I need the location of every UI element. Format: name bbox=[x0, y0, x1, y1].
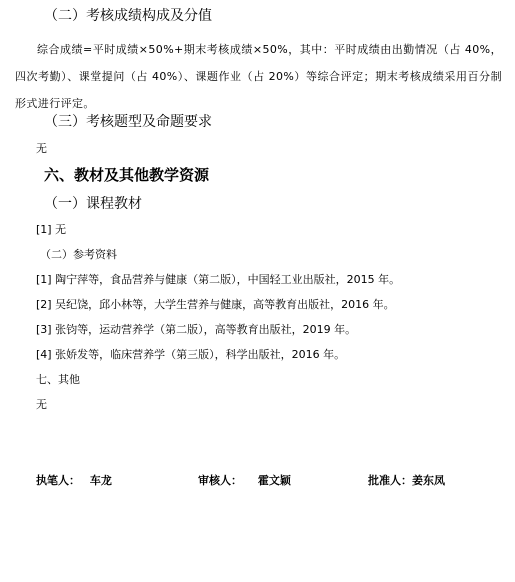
approver-label: 批准人： bbox=[368, 474, 412, 487]
reviewer-signature: 审核人： 霍文颖 bbox=[198, 472, 291, 488]
reviewer-label: 审核人： bbox=[198, 474, 242, 487]
approver-name: 姜东凤 bbox=[412, 474, 445, 487]
approver-signature: 批准人：姜东凤 bbox=[368, 472, 445, 488]
reference-item: [1] 陶宁萍等，食品营养与健康（第二版），中国轻工业出版社，2015 年。 bbox=[36, 274, 400, 285]
assessment-heading: （二）考核成绩构成及分值 bbox=[44, 9, 212, 23]
question-types-heading: （三）考核题型及命题要求 bbox=[44, 115, 212, 129]
writer-signature: 执笔人： 车龙 bbox=[36, 472, 112, 488]
references-heading: （二）参考资料 bbox=[40, 249, 117, 260]
reference-item: [4] 张娇发等，临床营养学（第三版），科学出版社，2016 年。 bbox=[36, 349, 345, 360]
textbook-item: [1] 无 bbox=[36, 224, 66, 235]
writer-name: 车龙 bbox=[90, 474, 112, 487]
reference-item: [2] 吴纪饶，邱小林等，大学生营养与健康，高等教育出版社，2016 年。 bbox=[36, 299, 395, 310]
writer-label: 执笔人： bbox=[36, 474, 80, 487]
section-seven-content: 无 bbox=[36, 399, 47, 410]
textbook-heading: （一）课程教材 bbox=[44, 197, 142, 211]
question-types-content: 无 bbox=[36, 143, 47, 154]
section-six-heading: 六、教材及其他教学资源 bbox=[44, 168, 209, 183]
reviewer-name: 霍文颖 bbox=[258, 474, 291, 487]
reference-item: [3] 张钧等，运动营养学（第二版），高等教育出版社，2019 年。 bbox=[36, 324, 356, 335]
section-seven-heading: 七、其他 bbox=[36, 374, 80, 385]
assessment-paragraph: 综合成绩=平时成绩×50%+期末考核成绩×50%，其中：平时成绩由出勤情况（占 … bbox=[15, 36, 502, 117]
